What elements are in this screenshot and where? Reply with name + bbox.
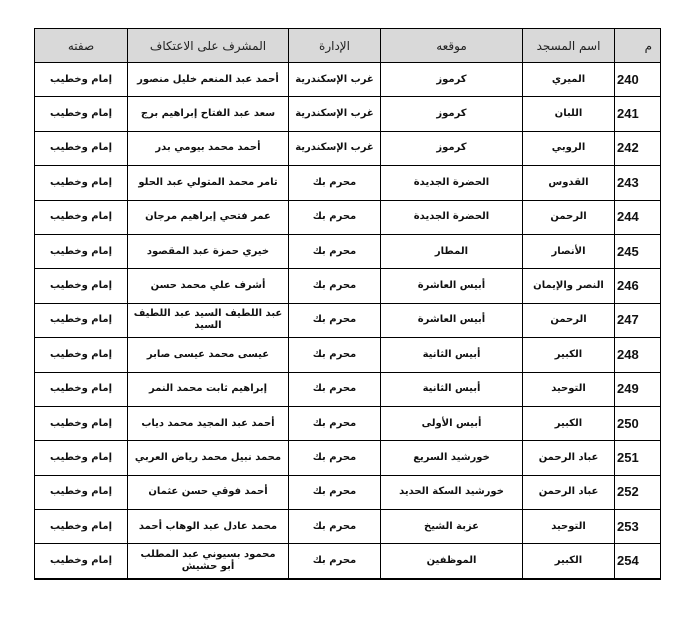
- cell-role: إمام وخطيب: [35, 510, 128, 544]
- cell-mosque-name: اللبان: [523, 97, 615, 131]
- cell-role: إمام وخطيب: [35, 234, 128, 268]
- cell-supervisor: إبراهيم ثابت محمد النمر: [128, 372, 289, 406]
- cell-num: 250: [615, 406, 661, 440]
- table-row: 247الرحمنأبيس العاشرةمحرم بكعبد اللطيف ا…: [35, 303, 661, 337]
- cell-administration: محرم بك: [289, 510, 381, 544]
- cell-supervisor: محمد نبيل محمد رياض العربي: [128, 441, 289, 475]
- cell-mosque-name: الكبير: [523, 338, 615, 372]
- cell-location: خورشيد السكة الحديد: [381, 475, 523, 509]
- header-mosque-name: اسم المسجد: [523, 29, 615, 63]
- cell-supervisor: أحمد محمد بيومي بدر: [128, 131, 289, 165]
- cell-num: 249: [615, 372, 661, 406]
- cell-administration: محرم بك: [289, 338, 381, 372]
- cell-supervisor: عمر فتحي إبراهيم مرجان: [128, 200, 289, 234]
- table-row: 241اللبانكرموزغرب الإسكندريةسعد عبد الفت…: [35, 97, 661, 131]
- cell-mosque-name: الروبي: [523, 131, 615, 165]
- cell-supervisor: محمود بسيوني عبد المطلب أبو حشيش: [128, 544, 289, 579]
- cell-supervisor: أحمد عبد المجيد محمد دياب: [128, 406, 289, 440]
- cell-administration: محرم بك: [289, 234, 381, 268]
- table-row: 245الأنصارالمطارمحرم بكخيري حمزة عبد الم…: [35, 234, 661, 268]
- cell-mosque-name: الميري: [523, 63, 615, 97]
- cell-location: أبيس الثانية: [381, 338, 523, 372]
- cell-mosque-name: التوحيد: [523, 510, 615, 544]
- cell-administration: غرب الإسكندرية: [289, 131, 381, 165]
- cell-mosque-name: القدوس: [523, 166, 615, 200]
- cell-location: الحضرة الجديدة: [381, 166, 523, 200]
- cell-role: إمام وخطيب: [35, 269, 128, 303]
- cell-supervisor: سعد عبد الفتاح إبراهيم برج: [128, 97, 289, 131]
- cell-administration: محرم بك: [289, 303, 381, 337]
- cell-location: أبيس الأولى: [381, 406, 523, 440]
- cell-location: الموظفين: [381, 544, 523, 579]
- cell-mosque-name: التوحيد: [523, 372, 615, 406]
- document-page: م اسم المسجد موقعه الإدارة المشرف على ال…: [34, 28, 660, 580]
- header-location: موقعه: [381, 29, 523, 63]
- header-num: م: [615, 29, 661, 63]
- cell-administration: محرم بك: [289, 200, 381, 234]
- header-supervisor: المشرف على الاعتكاف: [128, 29, 289, 63]
- cell-num: 243: [615, 166, 661, 200]
- cell-location: كرموز: [381, 97, 523, 131]
- cell-num: 252: [615, 475, 661, 509]
- cell-administration: محرم بك: [289, 269, 381, 303]
- cell-location: الحضرة الجديدة: [381, 200, 523, 234]
- cell-location: كرموز: [381, 63, 523, 97]
- cell-administration: محرم بك: [289, 544, 381, 579]
- mosques-table: م اسم المسجد موقعه الإدارة المشرف على ال…: [34, 28, 661, 580]
- header-role: صفته: [35, 29, 128, 63]
- table-row: 243القدوسالحضرة الجديدةمحرم بكتامر محمد …: [35, 166, 661, 200]
- cell-role: إمام وخطيب: [35, 372, 128, 406]
- cell-supervisor: عيسى محمد عيسى صابر: [128, 338, 289, 372]
- cell-num: 251: [615, 441, 661, 475]
- cell-mosque-name: الرحمن: [523, 303, 615, 337]
- cell-supervisor: أشرف علي محمد حسن: [128, 269, 289, 303]
- cell-mosque-name: الأنصار: [523, 234, 615, 268]
- cell-administration: محرم بك: [289, 372, 381, 406]
- table-row: 240الميريكرموزغرب الإسكندريةأحمد عبد الم…: [35, 63, 661, 97]
- cell-mosque-name: الكبير: [523, 544, 615, 579]
- cell-administration: محرم بك: [289, 406, 381, 440]
- cell-mosque-name: الرحمن: [523, 200, 615, 234]
- cell-num: 248: [615, 338, 661, 372]
- table-body: 240الميريكرموزغرب الإسكندريةأحمد عبد الم…: [35, 63, 661, 579]
- table-row: 242الروبيكرموزغرب الإسكندريةأحمد محمد بي…: [35, 131, 661, 165]
- table-row: 246النصر والإيمانأبيس العاشرةمحرم بكأشرف…: [35, 269, 661, 303]
- cell-num: 244: [615, 200, 661, 234]
- cell-location: أبيس العاشرة: [381, 269, 523, 303]
- header-administration: الإدارة: [289, 29, 381, 63]
- cell-supervisor: محمد عادل عبد الوهاب أحمد: [128, 510, 289, 544]
- cell-location: المطار: [381, 234, 523, 268]
- table-row: 254الكبيرالموظفينمحرم بكمحمود بسيوني عبد…: [35, 544, 661, 579]
- cell-supervisor: أحمد عبد المنعم خليل منصور: [128, 63, 289, 97]
- cell-num: 245: [615, 234, 661, 268]
- cell-role: إمام وخطيب: [35, 475, 128, 509]
- table-row: 250الكبيرأبيس الأولىمحرم بكأحمد عبد المج…: [35, 406, 661, 440]
- cell-location: أبيس العاشرة: [381, 303, 523, 337]
- cell-administration: غرب الإسكندرية: [289, 63, 381, 97]
- cell-supervisor: عبد اللطيف السيد عبد اللطيف السيد: [128, 303, 289, 337]
- cell-num: 247: [615, 303, 661, 337]
- cell-role: إمام وخطيب: [35, 131, 128, 165]
- cell-location: عزبة الشيخ: [381, 510, 523, 544]
- cell-role: إمام وخطيب: [35, 544, 128, 579]
- cell-supervisor: خيري حمزة عبد المقصود: [128, 234, 289, 268]
- cell-location: خورشيد السريع: [381, 441, 523, 475]
- cell-mosque-name: الكبير: [523, 406, 615, 440]
- cell-role: إمام وخطيب: [35, 303, 128, 337]
- cell-mosque-name: عباد الرحمن: [523, 441, 615, 475]
- cell-supervisor: أحمد فوقي حسن عثمان: [128, 475, 289, 509]
- cell-location: أبيس الثانية: [381, 372, 523, 406]
- cell-num: 254: [615, 544, 661, 579]
- cell-mosque-name: عباد الرحمن: [523, 475, 615, 509]
- table-row: 244الرحمنالحضرة الجديدةمحرم بكعمر فتحي إ…: [35, 200, 661, 234]
- table-row: 252عباد الرحمنخورشيد السكة الحديدمحرم بك…: [35, 475, 661, 509]
- cell-administration: محرم بك: [289, 475, 381, 509]
- cell-num: 246: [615, 269, 661, 303]
- table-header-row: م اسم المسجد موقعه الإدارة المشرف على ال…: [35, 29, 661, 63]
- cell-role: إمام وخطيب: [35, 97, 128, 131]
- cell-role: إمام وخطيب: [35, 200, 128, 234]
- cell-administration: غرب الإسكندرية: [289, 97, 381, 131]
- cell-num: 241: [615, 97, 661, 131]
- cell-role: إمام وخطيب: [35, 441, 128, 475]
- cell-location: كرموز: [381, 131, 523, 165]
- cell-mosque-name: النصر والإيمان: [523, 269, 615, 303]
- cell-num: 242: [615, 131, 661, 165]
- cell-role: إمام وخطيب: [35, 63, 128, 97]
- cell-administration: محرم بك: [289, 166, 381, 200]
- cell-supervisor: تامر محمد المتولي عبد الحلو: [128, 166, 289, 200]
- table-row: 248الكبيرأبيس الثانيةمحرم بكعيسى محمد عي…: [35, 338, 661, 372]
- cell-role: إمام وخطيب: [35, 166, 128, 200]
- cell-administration: محرم بك: [289, 441, 381, 475]
- cell-num: 240: [615, 63, 661, 97]
- cell-num: 253: [615, 510, 661, 544]
- cell-role: إمام وخطيب: [35, 338, 128, 372]
- table-row: 253التوحيدعزبة الشيخمحرم بكمحمد عادل عبد…: [35, 510, 661, 544]
- table-row: 249التوحيدأبيس الثانيةمحرم بكإبراهيم ثاب…: [35, 372, 661, 406]
- cell-role: إمام وخطيب: [35, 406, 128, 440]
- table-row: 251عباد الرحمنخورشيد السريعمحرم بكمحمد ن…: [35, 441, 661, 475]
